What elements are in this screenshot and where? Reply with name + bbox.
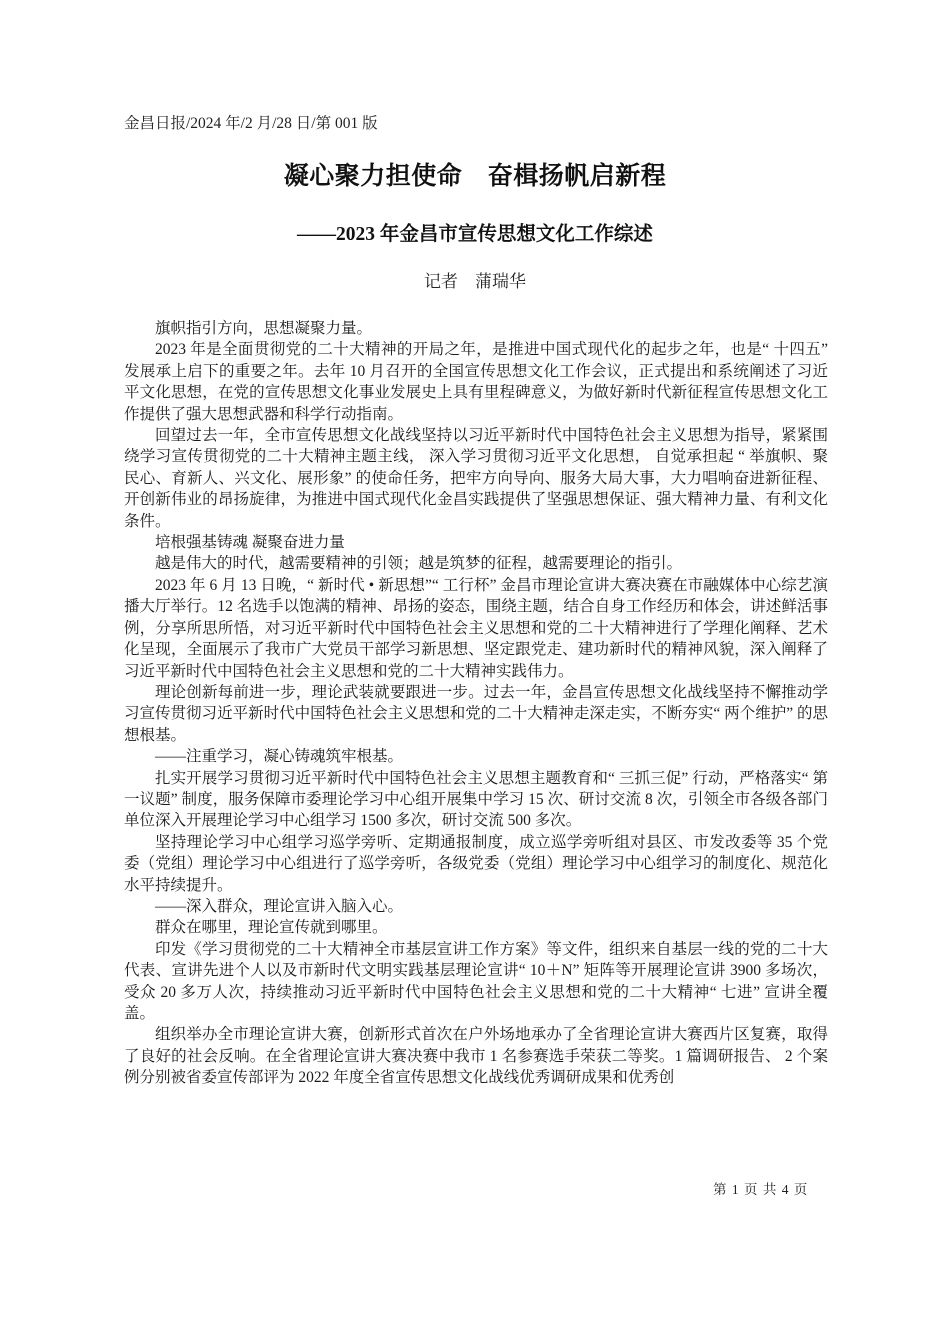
article-body: 旗帜指引方向，思想凝聚力量。 2023 年是全面贯彻党的二十大精神的开局之年，是… xyxy=(124,318,828,1089)
page-number-footer: 第 1 页 共 4 页 xyxy=(713,1181,807,1199)
source-line: 金昌日报/2024 年/2 月/28 日/第 001 版 xyxy=(124,114,378,134)
paragraph: 印发《学习贯彻党的二十大精神全市基层宣讲工作方案》等文件，组织来自基层一线的党的… xyxy=(124,939,828,1025)
article-title: 凝心聚力担使命 奋楫扬帆启新程 xyxy=(0,160,950,194)
paragraph: 理论创新每前进一步，理论武装就要跟进一步。过去一年，金昌宣传思想文化战线坚持不懈… xyxy=(124,682,828,746)
subsection-heading: ——深入群众，理论宣讲入脑入心。 xyxy=(124,896,828,917)
paragraph: 组织举办全市理论宣讲大赛，创新形式首次在户外场地承办了全省理论宣讲大赛西片区复赛… xyxy=(124,1024,828,1088)
document-page: 金昌日报/2024 年/2 月/28 日/第 001 版 凝心聚力担使命 奋楫扬… xyxy=(0,0,950,1344)
paragraph: 2023 年 6 月 13 日晚，“ 新时代 • 新思想”“ 工行杯” 金昌市理… xyxy=(124,575,828,682)
paragraph: 2023 年是全面贯彻党的二十大精神的开局之年，是推进中国式现代化的起步之年，也… xyxy=(124,339,828,425)
subsection-heading: ——注重学习，凝心铸魂筑牢根基。 xyxy=(124,746,828,767)
paragraph: 群众在哪里，理论宣传就到哪里。 xyxy=(124,917,828,938)
article-subtitle: ——2023 年金昌市宣传思想文化工作综述 xyxy=(0,221,950,249)
byline: 记者 蒲瑞华 xyxy=(0,270,950,294)
paragraph: 旗帜指引方向，思想凝聚力量。 xyxy=(124,318,828,339)
paragraph: 越是伟大的时代，越需要精神的引领；越是筑梦的征程，越需要理论的指引。 xyxy=(124,553,828,574)
paragraph: 扎实开展学习贯彻习近平新时代中国特色社会主义思想主题教育和“ 三抓三促” 行动，… xyxy=(124,768,828,832)
paragraph: 回望过去一年，全市宣传思想文化战线坚持以习近平新时代中国特色社会主义思想为指导，… xyxy=(124,425,828,532)
section-heading: 培根强基铸魂 凝聚奋进力量 xyxy=(124,532,828,553)
paragraph: 坚持理论学习中心组学习巡学旁听、定期通报制度，成立巡学旁听组对县区、市发改委等 … xyxy=(124,832,828,896)
